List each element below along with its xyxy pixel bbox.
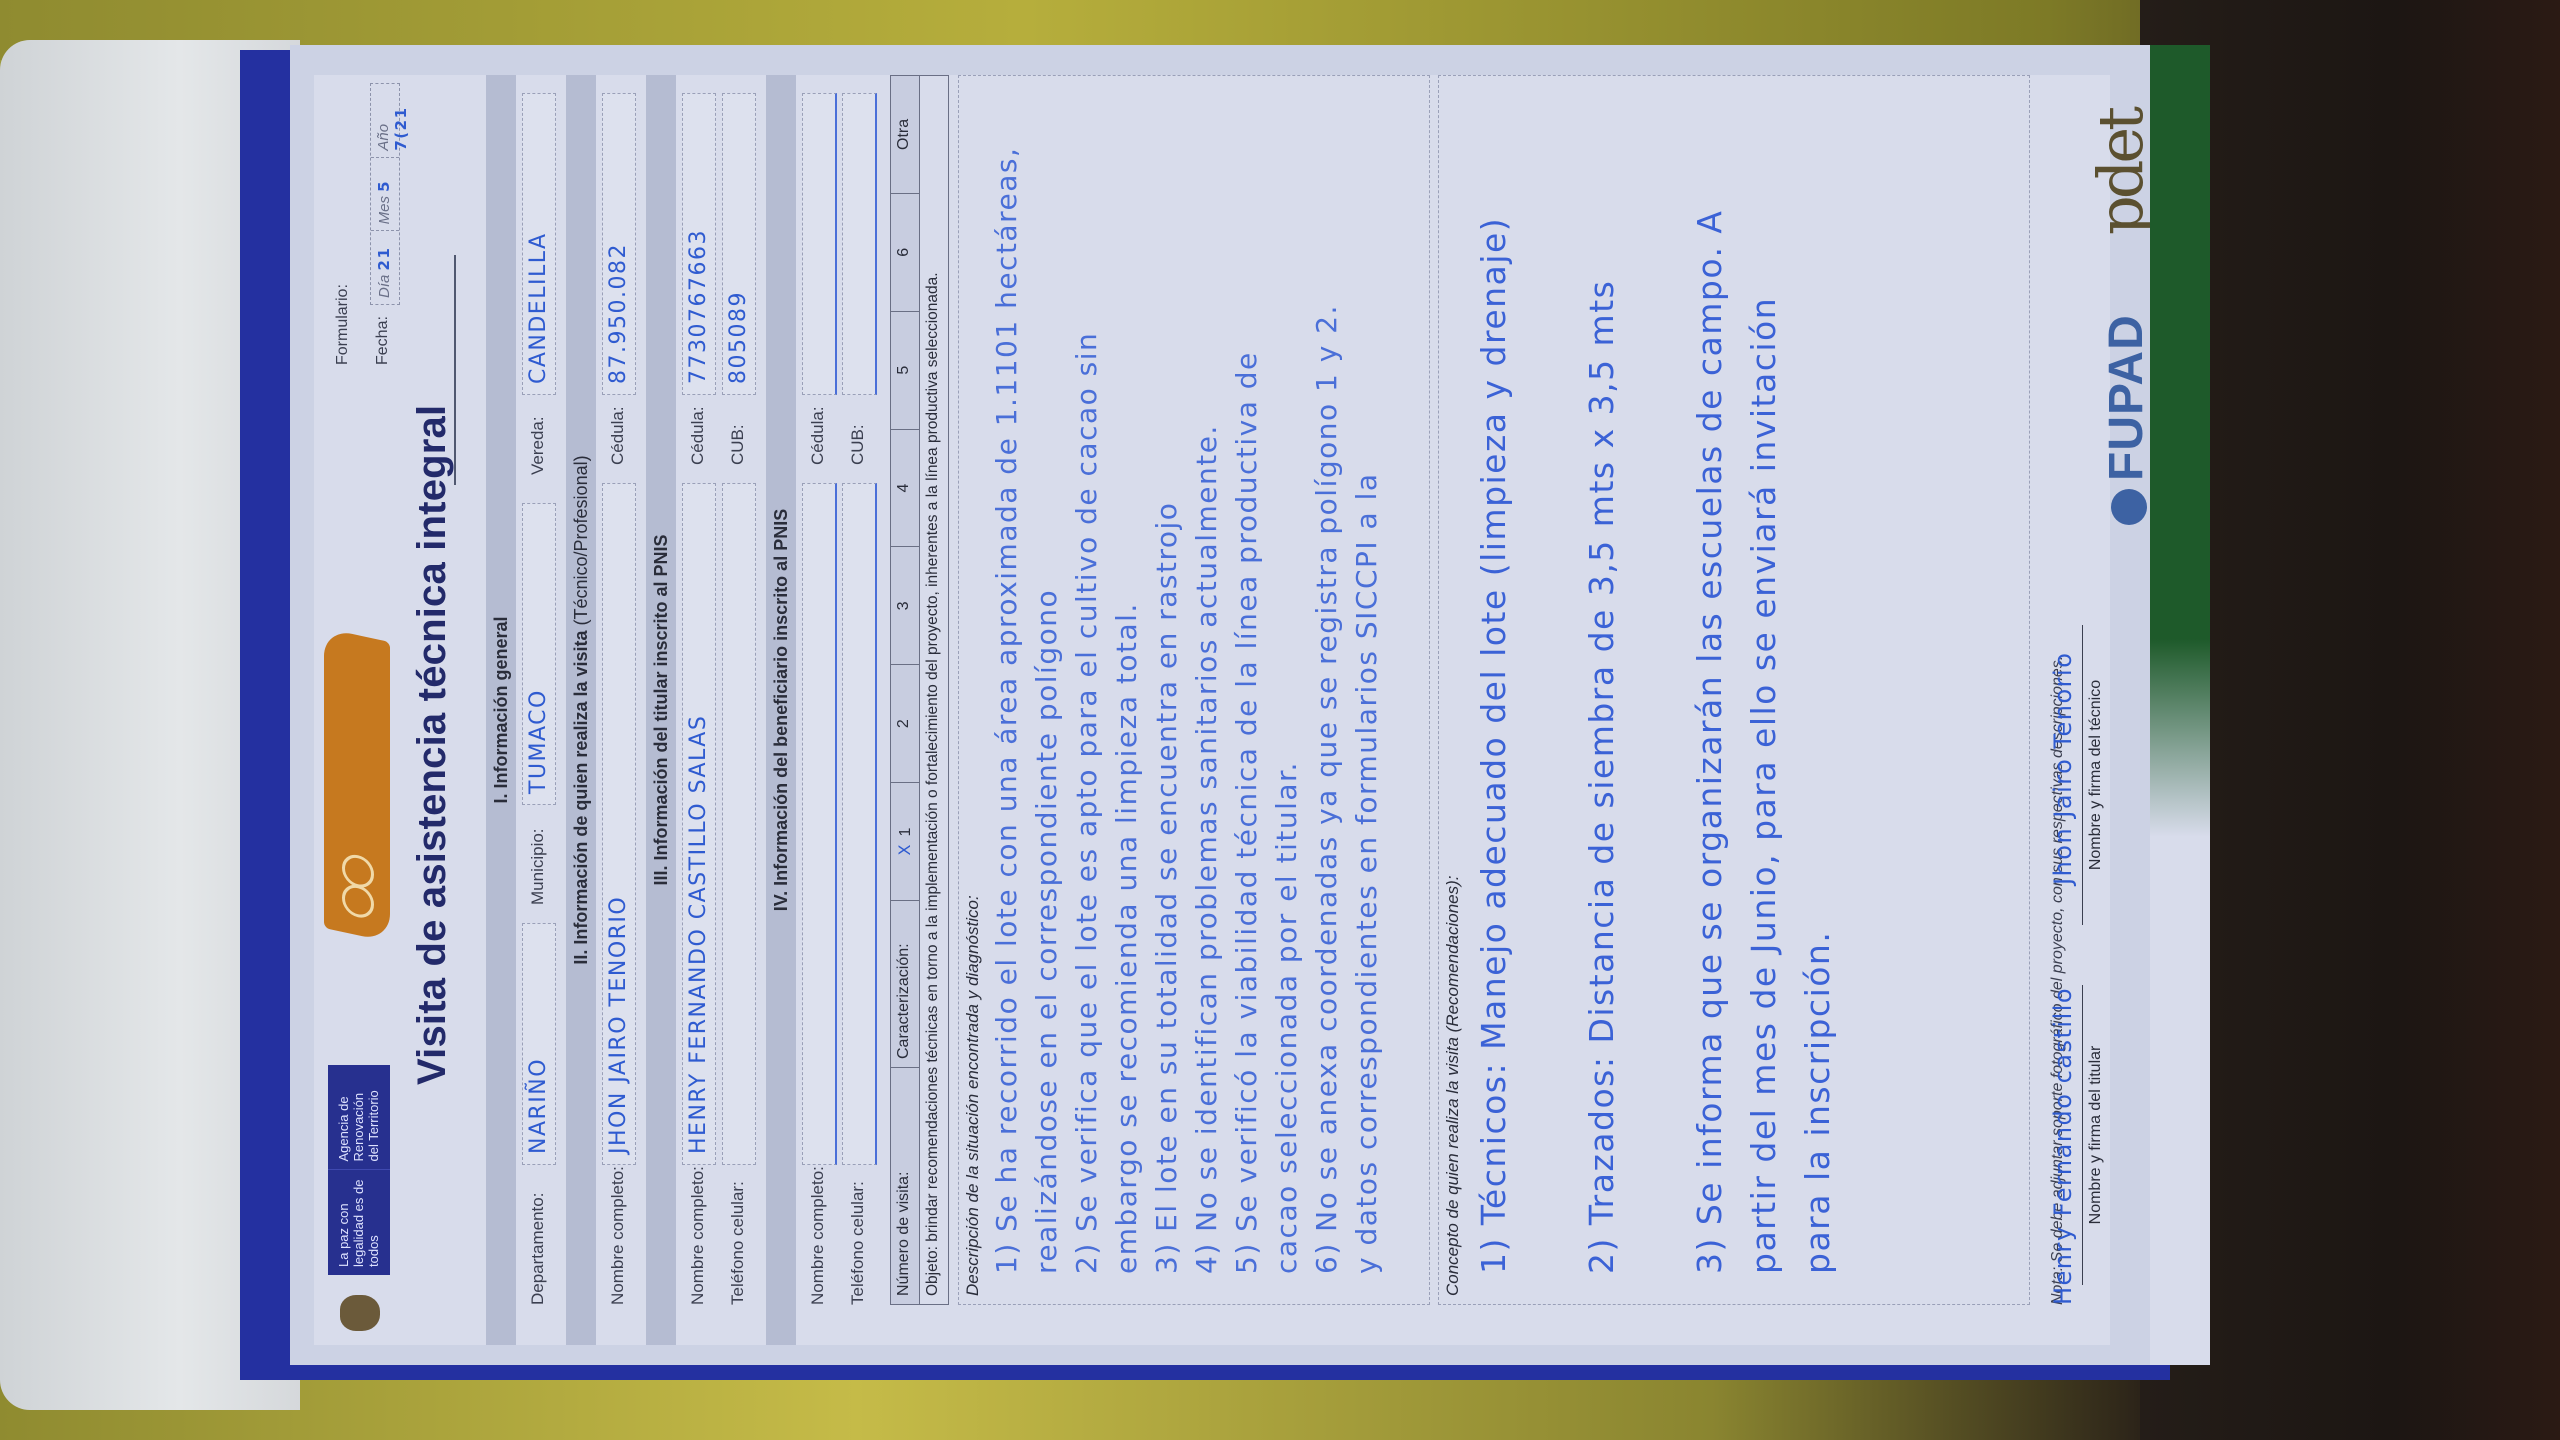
handwritten-line: 6) No se anexa coordenadas ya que se reg… (1307, 76, 1347, 1304)
selected-check-mark: X (895, 837, 914, 856)
formulario-label: Formulario: (334, 284, 352, 365)
form-sheet: La paz con legalidad es de todos Agencia… (314, 75, 2110, 1345)
handwritten-line: partir del mes de Junio, para ello se en… (1737, 76, 1791, 1304)
swirl-icon (342, 882, 374, 921)
recommendations-panel[interactable]: Concepto de quien realiza la visita (Rec… (1438, 75, 2030, 1305)
year-label: Año (375, 124, 392, 151)
form-header: La paz con legalidad es de todos Agencia… (314, 75, 474, 1345)
day-label: Día (376, 275, 393, 298)
holder-signature-value: Henry Fernando castillo (2049, 987, 2077, 1305)
handwritten-line: para la inscripción. (1791, 76, 1845, 1304)
visit-number-label: Número de visita: (891, 1067, 919, 1304)
holder-info-row-1: Nombre completo: HENRY FERNANDO CASTILLO… (680, 75, 718, 1345)
handwritten-line: 3) Se informa que se organizarán las esc… (1683, 76, 1737, 1304)
globe-icon (2111, 489, 2147, 525)
beneficiary-info-row-2: Teléfono celular: CUB: (840, 75, 878, 1345)
handwritten-line: realizándose en el correspondiente políg… (1027, 76, 1067, 1304)
fupad-logo-text: FUPAD (2100, 314, 2153, 481)
technician-signature-label: Nombre y firma del técnico (2087, 680, 2104, 870)
visitor-info-row: Nombre completo: JHON JAIRO TENORIO Cédu… (600, 75, 638, 1345)
pdet-logo: pdet (2084, 110, 2157, 235)
beneficiary-phone-label: Teléfono celular: (848, 1181, 868, 1305)
section-general-info: I. Información general (486, 75, 516, 1345)
holder-phone-field[interactable] (722, 483, 756, 1165)
objective-row: Objeto: brindar recomendaciones técnicas… (920, 76, 948, 1304)
vereda-label: Vereda: (528, 416, 548, 475)
year-value: 7(21 (392, 106, 410, 150)
day-field[interactable]: Día 21 (371, 230, 399, 304)
visitor-name-field[interactable]: JHON JAIRO TENORIO (602, 483, 636, 1165)
beneficiary-name-label: Nombre completo: (808, 1166, 828, 1305)
general-info-row: Departamento: NARIÑO Municipio: TUMACO V… (520, 75, 558, 1345)
slogan-text: La paz con legalidad es de todos (328, 1171, 390, 1276)
handwritten-line: 3) El lote en su totalidad se encuentra … (1147, 76, 1187, 1304)
municipio-label: Municipio: (528, 828, 548, 905)
visitor-name-value: JHON JAIRO TENORIO (606, 896, 631, 1164)
beneficiary-cub-field[interactable] (842, 93, 877, 395)
handwritten-line: 4) No se identifican problemas sanitario… (1187, 76, 1227, 1304)
recommendations-text: 1) Técnicos: Manejo adecuado del lote (l… (1467, 76, 1845, 1304)
beneficiary-cedula-label: Cédula: (808, 406, 828, 465)
visitor-name-label: Nombre completo: (608, 1166, 628, 1305)
month-field[interactable]: Mes 5 (371, 157, 399, 231)
month-label: Mes (376, 196, 393, 224)
objective-text: Objeto: brindar recomendaciones técnicas… (920, 76, 948, 1304)
holder-cub-value: 805089 (726, 291, 751, 394)
visitor-cedula-field[interactable]: 87.950.082 (602, 93, 636, 395)
section-visitor-subtitle: (Técnico/Profesional) (571, 455, 591, 630)
characterization-option-5[interactable]: 5 (891, 311, 919, 429)
holder-signature-label: Nombre y firma del titular (2087, 1046, 2104, 1225)
beneficiary-cedula-value (806, 384, 831, 394)
handwritten-line: 5) Se verificó la viabilidad técnica de … (1227, 76, 1267, 1304)
municipio-field[interactable]: TUMACO (522, 503, 556, 805)
holder-cedula-value: 7730767663 (686, 229, 711, 394)
orange-emblem-logo (324, 628, 390, 942)
beneficiary-cub-value (846, 384, 871, 394)
holder-phone-value (726, 1154, 751, 1164)
fecha-label: Fecha: (374, 316, 392, 365)
holder-name-value: HENRY FERNANDO CASTILLO SALAS (686, 715, 711, 1164)
holder-signature[interactable]: Henry Fernando castillo Nombre y firma d… (2082, 985, 2105, 1285)
section-holder-info: III. Información del titular inscrito al… (646, 75, 676, 1345)
departamento-field[interactable]: NARIÑO (522, 923, 556, 1165)
characterization-label: Caracterización: (891, 900, 919, 1067)
beneficiary-cub-label: CUB: (848, 424, 868, 465)
technical-assistance-form: La paz con legalidad es de todos Agencia… (290, 45, 2150, 1365)
title-divider (454, 255, 456, 485)
characterization-option-1[interactable]: X 1 (891, 782, 919, 900)
beneficiary-cedula-field[interactable] (802, 93, 837, 395)
holder-info-row-2: Teléfono celular: CUB: 805089 (720, 75, 758, 1345)
recommendations-title: Concepto de quien realiza la visita (Rec… (1439, 76, 1467, 1304)
handwritten-line (1629, 76, 1683, 1304)
characterization-option-6[interactable]: 6 (891, 193, 919, 311)
holder-name-label: Nombre completo: (688, 1166, 708, 1305)
holder-cedula-label: Cédula: (688, 406, 708, 465)
beneficiary-name-value (806, 1154, 831, 1164)
month-value: 5 (375, 180, 393, 192)
departamento-label: Departamento: (528, 1193, 548, 1305)
description-text: 1) Se ha recorrido el lote con una área … (987, 76, 1387, 1304)
visitor-cedula-value: 87.950.082 (606, 243, 631, 394)
beneficiary-name-field[interactable] (802, 483, 837, 1165)
swirl-icon (342, 852, 374, 891)
characterization-option-otra[interactable]: Otra (891, 76, 919, 193)
characterization-option-4[interactable]: 4 (891, 429, 919, 547)
vereda-field[interactable]: CANDELILLA (522, 93, 556, 395)
handwritten-line: 2) Se verifica que el lote es apto para … (1067, 76, 1107, 1304)
vereda-value: CANDELILLA (526, 232, 551, 394)
holder-name-field[interactable]: HENRY FERNANDO CASTILLO SALAS (682, 483, 716, 1165)
agency-logo: La paz con legalidad es de todos Agencia… (328, 1065, 390, 1275)
section-visitor-title: II. Información de quien realiza la visi… (571, 630, 591, 964)
technician-signature[interactable]: Jhon Jairo Tenorio Nombre y firma del té… (2082, 625, 2105, 925)
beneficiary-info-row-1: Nombre completo: Cédula: (800, 75, 838, 1345)
handwritten-line: 2) Trazados: Distancia de siembra de 3,5… (1575, 76, 1629, 1304)
handwritten-line: y datos correspondientes en formularios … (1347, 76, 1387, 1304)
description-title: Descripción de la situación encontrada y… (959, 76, 987, 1304)
characterization-option-2[interactable]: 2 (891, 664, 919, 782)
characterization-option-3[interactable]: 3 (891, 546, 919, 664)
characterization-options: X 123456Otra (891, 76, 919, 900)
handwritten-line: cacao seleccionada por el titular. (1267, 76, 1307, 1304)
handwritten-line: 1) Se ha recorrido el lote con una área … (987, 76, 1027, 1304)
section-visitor-info: II. Información de quien realiza la visi… (566, 75, 596, 1345)
section-beneficiary-info: IV. Información del beneficiario inscrit… (766, 75, 796, 1345)
fupad-logo: FUPAD (2099, 314, 2154, 525)
holder-cedula-field[interactable]: 7730767663 (682, 93, 716, 395)
holder-phone-label: Teléfono celular: (728, 1181, 748, 1305)
handwritten-line: embargo se recomienda una limpieza total… (1107, 76, 1147, 1304)
departamento-value: NARIÑO (526, 1058, 551, 1164)
beneficiary-phone-value (846, 1154, 871, 1164)
day-value: 21 (375, 247, 393, 271)
footer-green-band (2150, 45, 2210, 1365)
description-panel[interactable]: Descripción de la situación encontrada y… (958, 75, 1430, 1305)
beneficiary-phone-field[interactable] (842, 483, 877, 1165)
visit-characterization-table: Número de visita: Caracterización: X 123… (890, 75, 949, 1305)
holder-cub-label: CUB: (728, 424, 748, 465)
handwritten-line: 1) Técnicos: Manejo adecuado del lote (l… (1467, 76, 1521, 1304)
page-title: Visita de asistencia técnica integral (410, 405, 455, 1085)
holder-cub-field[interactable]: 805089 (722, 93, 756, 395)
municipio-value: TUMACO (526, 689, 551, 804)
year-field[interactable]: Año 7(21 (371, 84, 399, 157)
visit-row: Número de visita: Caracterización: X 123… (891, 76, 920, 1304)
agency-name: Agencia de Renovación del Territorio (328, 1065, 390, 1171)
coat-of-arms-icon (340, 1295, 380, 1331)
visitor-cedula-label: Cédula: (608, 406, 628, 465)
date-field[interactable]: Día 21 Mes 5 Año 7(21 (370, 83, 400, 305)
technician-signature-value: Jhon Jairo Tenorio (2049, 652, 2077, 885)
handwritten-line (1521, 76, 1575, 1304)
